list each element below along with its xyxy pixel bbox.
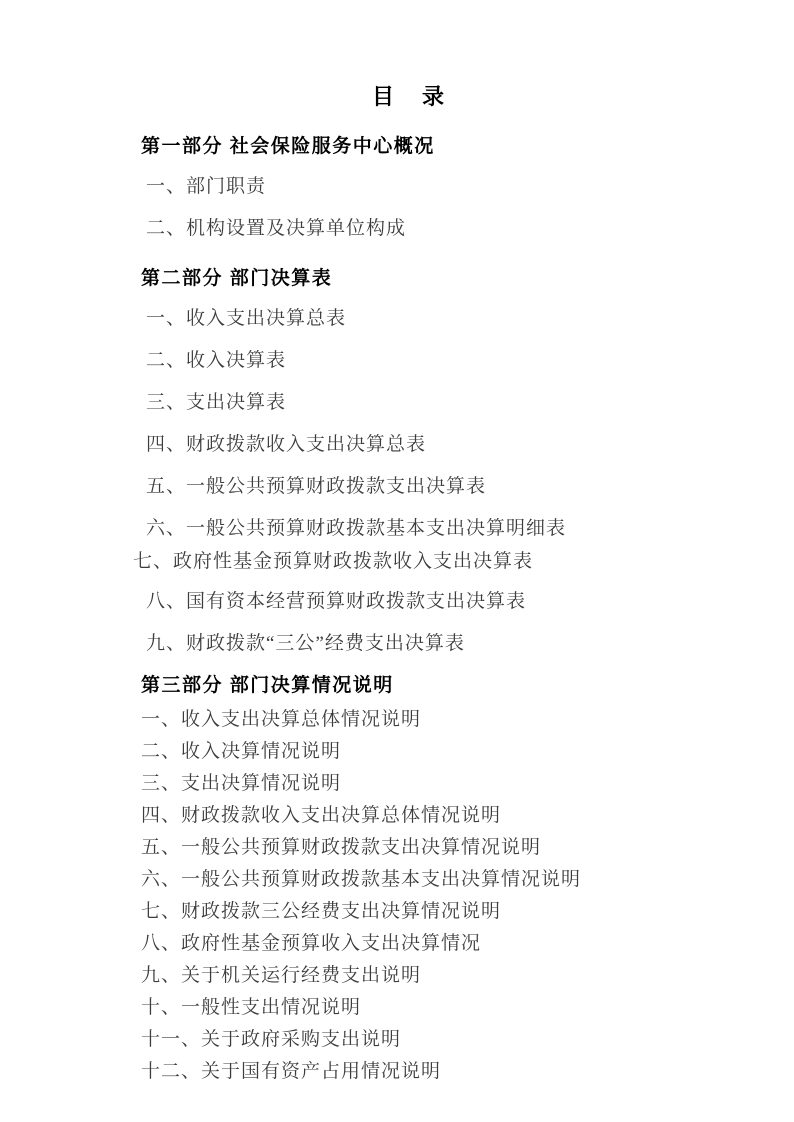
section-part-2: 第二部分 部门决算表 一、收入支出决算总表 二、收入决算表 三、支出决算表 四、…	[141, 266, 678, 657]
toc-item: 四、财政拨款收入支出决算总体情况说明	[141, 803, 678, 829]
page-title: 目 录	[141, 84, 678, 110]
toc-item: 九、财政拨款“三公”经费支出决算表	[146, 631, 678, 657]
toc-item: 十一、关于政府采购支出说明	[141, 1027, 678, 1053]
toc-item: 六、一般公共预算财政拨款基本支出决算情况说明	[141, 867, 678, 893]
toc-item: 五、一般公共预算财政拨款支出决算情况说明	[141, 835, 678, 861]
section-part-2-heading: 第二部分 部门决算表	[141, 266, 678, 292]
toc-item: 七、财政拨款三公经费支出决算情况说明	[141, 899, 678, 925]
toc-item: 十二、关于国有资产占用情况说明	[141, 1059, 678, 1085]
toc-item: 一、收入支出决算总表	[146, 306, 678, 332]
toc-item: 七、政府性基金预算财政拨款收入支出决算表	[133, 549, 678, 575]
toc-item: 八、政府性基金预算收入支出决算情况	[141, 931, 678, 957]
toc-item: 一、部门职责	[146, 174, 678, 200]
document-page: 目 录 第一部分 社会保险服务中心概况 一、部门职责 二、机构设置及决算单位构成…	[0, 0, 794, 1122]
toc-item: 三、支出决算情况说明	[141, 771, 678, 797]
toc-item: 二、机构设置及决算单位构成	[146, 216, 678, 242]
section-part-1-heading: 第一部分 社会保险服务中心概况	[141, 134, 678, 160]
section-part-1: 第一部分 社会保险服务中心概况 一、部门职责 二、机构设置及决算单位构成	[141, 134, 678, 242]
toc-item: 九、关于机关运行经费支出说明	[141, 963, 678, 989]
toc-item: 四、财政拨款收入支出决算总表	[146, 432, 678, 458]
toc-item: 二、收入决算情况说明	[141, 739, 678, 765]
toc-item: 二、收入决算表	[146, 348, 678, 374]
section-part-3-heading: 第三部分 部门决算情况说明	[141, 673, 678, 699]
toc-item: 八、国有资本经营预算财政拨款支出决算表	[146, 589, 678, 615]
section-part-3: 第三部分 部门决算情况说明 一、收入支出决算总体情况说明 二、收入决算情况说明 …	[141, 673, 678, 1085]
toc-item: 六、一般公共预算财政拨款基本支出决算明细表	[146, 516, 678, 542]
toc-item: 五、一般公共预算财政拨款支出决算表	[146, 474, 678, 500]
toc-item: 一、收入支出决算总体情况说明	[141, 707, 678, 733]
toc-item: 十、一般性支出情况说明	[141, 995, 678, 1021]
toc-item: 三、支出决算表	[146, 390, 678, 416]
